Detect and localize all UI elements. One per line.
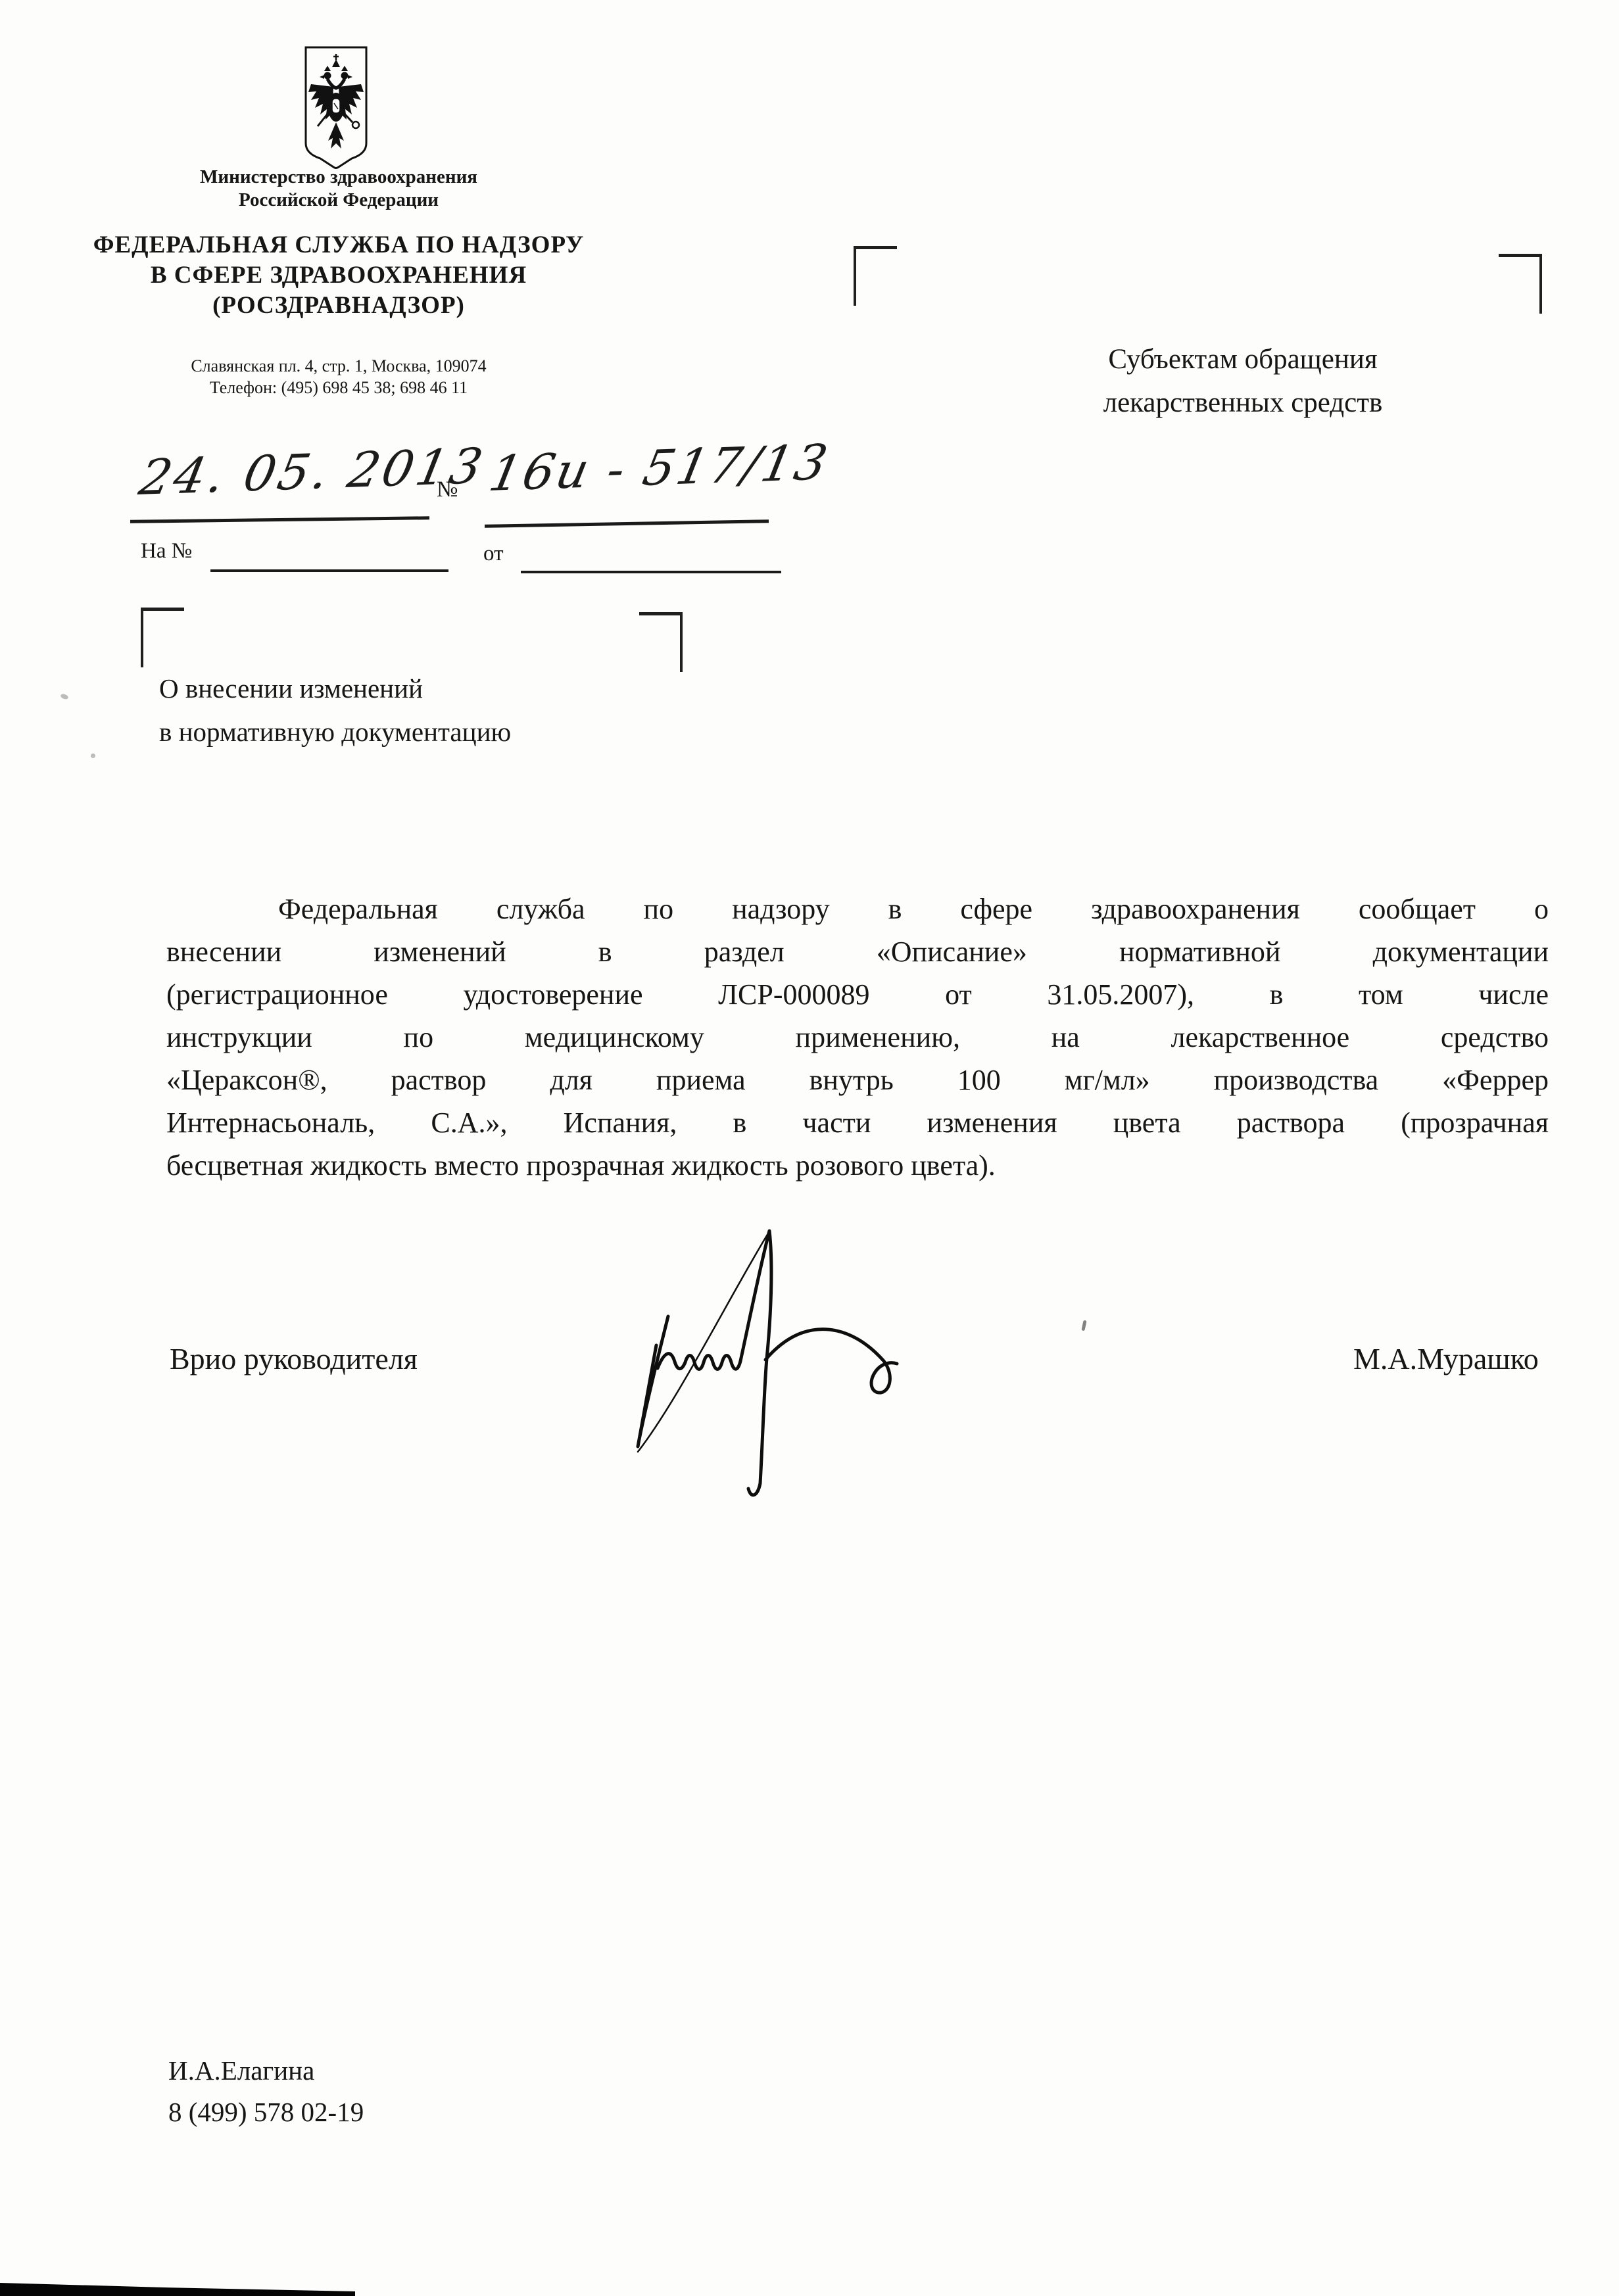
- ministry-name-line1: Министерство здравоохранения: [92, 166, 585, 189]
- subject-block: О внесении изменений в нормативную докум…: [159, 667, 751, 753]
- body-paragraph: Федеральная служба по надзору в сфере зд…: [166, 888, 1549, 1187]
- body-line: Федеральная служба по надзору в сфере зд…: [166, 888, 1549, 930]
- reply-from-label: от: [483, 542, 504, 566]
- body-line: инструкции по медицинскому применению, н…: [166, 1016, 1549, 1059]
- outgoing-number-handwritten: 16и - 517/13: [485, 434, 834, 502]
- agency-address-line1: Славянская пл. 4, стр. 1, Москва, 109074: [92, 355, 585, 377]
- reply-date-blank-line: [521, 571, 781, 573]
- executor-name: И.А.Елагина: [168, 2050, 364, 2092]
- subject-corner-bracket-left: [141, 608, 184, 667]
- body-line: внесении изменений в раздел «Описание» н…: [166, 930, 1549, 973]
- ministry-name-line2: Российской Федерации: [92, 189, 585, 212]
- agency-name-line3: (РОСЗДРАВНАДЗОР): [72, 291, 605, 321]
- addressee-block: Субъектам обращения лекарственных средст…: [1026, 338, 1460, 425]
- ink-speck: [60, 693, 69, 700]
- executor-phone: 8 (499) 578 02-19: [168, 2092, 364, 2133]
- signer-title: Врио руководителя: [170, 1341, 418, 1376]
- signature-icon: [618, 1220, 901, 1510]
- addressee-corner-bracket-left: [854, 246, 897, 306]
- body-line: Интернасьональ, С.А.», Испания, в части …: [166, 1101, 1549, 1144]
- outgoing-number-underline: [485, 519, 769, 528]
- subject-corner-bracket-right: [639, 612, 683, 672]
- agency-name-line1: ФЕДЕРАЛЬНАЯ СЛУЖБА ПО НАДЗОРУ: [72, 230, 605, 260]
- outgoing-date-underline: [130, 516, 429, 523]
- reply-number-label: На №: [141, 539, 192, 563]
- scan-artifact-bar: [0, 2276, 355, 2296]
- reply-number-blank-line: [210, 569, 448, 572]
- agency-name: ФЕДЕРАЛЬНАЯ СЛУЖБА ПО НАДЗОРУ В СФЕРЕ ЗД…: [72, 230, 605, 321]
- agency-name-line2: В СФЕРЕ ЗДРАВООХРАНЕНИЯ: [72, 260, 605, 291]
- agency-address: Славянская пл. 4, стр. 1, Москва, 109074…: [92, 355, 585, 398]
- ink-speck: [91, 753, 95, 758]
- addressee-line1: Субъектам обращения: [1026, 338, 1460, 381]
- subject-line2: в нормативную документацию: [159, 710, 751, 753]
- ink-speck: [1081, 1320, 1086, 1331]
- numero-sign: №: [437, 477, 458, 502]
- scanned-letter-page: Министерство здравоохранения Российской …: [0, 0, 1619, 2296]
- executor-block: И.А.Елагина 8 (499) 578 02-19: [168, 2050, 364, 2133]
- body-line: «Цераксон®, раствор для приема внутрь 10…: [166, 1059, 1549, 1101]
- addressee-corner-bracket-right: [1499, 254, 1542, 314]
- signer-name: М.А.Мурашко: [1353, 1341, 1539, 1376]
- subject-line1: О внесении изменений: [159, 667, 751, 710]
- agency-address-line2: Телефон: (495) 698 45 38; 698 46 11: [92, 377, 585, 398]
- body-line: (регистрационное удостоверение ЛСР-00008…: [166, 973, 1549, 1016]
- coat-of-arms-icon: [299, 45, 373, 171]
- addressee-line2: лекарственных средств: [1026, 381, 1460, 425]
- ministry-name: Министерство здравоохранения Российской …: [92, 166, 585, 212]
- body-line: бесцветная жидкость вместо прозрачная жи…: [166, 1144, 1549, 1187]
